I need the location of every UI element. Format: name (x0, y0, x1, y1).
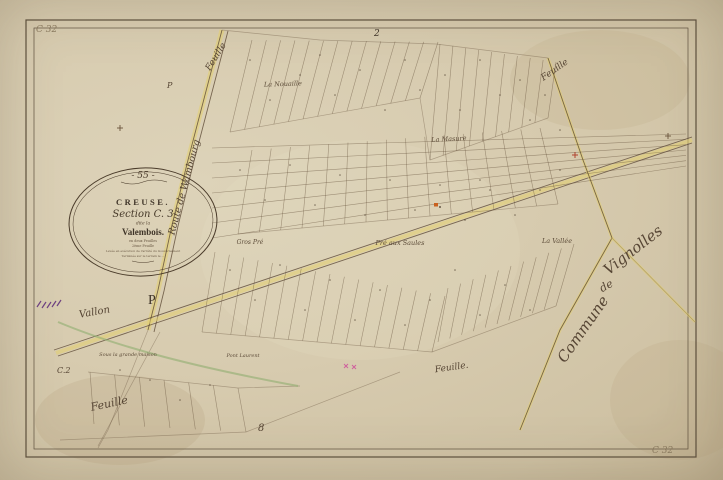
label-feuille-center: Feuille. (433, 361, 469, 376)
parcel-dot (464, 219, 466, 221)
cartouche-subline-3: Levée en exécution de l'arrêté du Gouver… (106, 248, 181, 253)
parcel-dot (529, 309, 531, 311)
parcel-dot (319, 54, 321, 56)
parcel-dot (404, 324, 406, 326)
cartouche-dite: dite la (136, 221, 151, 227)
cadastral-map-scan: - 55 - CREUSE. Section C. 3 dite la Vale… (0, 0, 723, 480)
parcel-dot (254, 299, 256, 301)
parcel-dot (559, 129, 561, 131)
parcel-line (502, 131, 516, 208)
parcel-dot (249, 59, 251, 61)
cartouche-name: Valembois. (122, 227, 164, 237)
label-gros-pre: Gros Pré (237, 239, 264, 246)
parcel-dot (379, 289, 381, 291)
label-vallon: Vallon (78, 304, 111, 320)
parcel-dot (559, 169, 561, 171)
cartouche-flourish-bottom (132, 261, 154, 263)
cartouche-subline-2: 2ème Feuille (132, 244, 154, 248)
parcel-dot (504, 284, 506, 286)
parcel-dot (404, 59, 406, 61)
parcel-dot (299, 74, 301, 76)
pink-x-marks (344, 364, 356, 369)
purple-hatched-building (37, 300, 61, 308)
label-la-vallee: La Vallée (541, 237, 572, 245)
parcel-dot (429, 299, 431, 301)
parcel-dot (514, 214, 516, 216)
parcel-dot (339, 174, 341, 176)
parcel-dot (544, 94, 546, 96)
parcel-line (405, 42, 423, 101)
parcel-line (540, 128, 558, 204)
parcel-line (469, 50, 478, 146)
parcel-dot (479, 314, 481, 316)
cartouche-section: Section C. 3 (112, 209, 173, 220)
parcel-dot (229, 269, 231, 271)
parcel-dot (179, 399, 181, 401)
parcel-line (238, 388, 246, 432)
parcel-line (482, 52, 491, 141)
parcel-dot (364, 214, 366, 216)
boundary-top (222, 30, 548, 58)
label-pont-laurent: Pont Laurent (225, 353, 260, 359)
parcel-dot (334, 94, 336, 96)
parcel-dot (479, 59, 481, 61)
label-de: de (597, 277, 616, 295)
building-dot (439, 206, 441, 208)
label-mark-2: 2 (373, 29, 380, 39)
parcel-dot (539, 189, 541, 191)
cartouche-department: CREUSE. (116, 197, 170, 207)
parcel-dot (119, 369, 121, 371)
parcel-dot (359, 69, 361, 71)
parcel-dot (489, 189, 491, 191)
parcel-dot (304, 309, 306, 311)
parcel-line (213, 385, 220, 430)
map-svg: - 55 - CREUSE. Section C. 3 dite la Vale… (0, 0, 723, 480)
parcel-dot (459, 109, 461, 111)
label-commune: Commune (553, 292, 612, 366)
parcel-line (556, 244, 574, 306)
parcel-dot (329, 279, 331, 281)
parcel-dot (269, 99, 271, 101)
cartouche-page-number: - 55 - (131, 171, 154, 181)
parcel-dot (519, 79, 521, 81)
cartouche: - 55 - CREUSE. Section C. 3 dite la Vale… (66, 164, 219, 280)
parcel-dot (149, 379, 151, 381)
parcel-dot (384, 109, 386, 111)
parcel-dot (439, 184, 441, 186)
parcel-dot (389, 179, 391, 181)
cartouche-subline-4: Terminée sur le terrain le ... (122, 254, 165, 258)
parcel-line (362, 41, 381, 108)
label-route: Route de Wambourg (166, 138, 202, 237)
parcel-line (544, 248, 561, 309)
parcel-line (391, 42, 410, 104)
parcel-dot (419, 89, 421, 91)
label-c2: C.2 (57, 366, 70, 375)
label-pre-aux-saules: Pré aux Saules (375, 239, 426, 247)
parcel-dot (239, 169, 241, 171)
parcel-dot (354, 319, 356, 321)
parcel-dot (209, 384, 211, 386)
label-la-nouaille: La Nouaille (263, 79, 302, 88)
parcel-dot (529, 119, 531, 121)
parcel-dot (279, 264, 281, 266)
parcel-dot (499, 94, 501, 96)
label-sous-la-grande-maison: Sous la grande maison (99, 352, 157, 358)
cartouche-subline-1: en deux Feuilles (129, 239, 157, 243)
label-p-small: P (166, 81, 173, 90)
parcel-dot (314, 204, 316, 206)
parcel-line (376, 42, 395, 106)
label-mark-8: 8 (258, 423, 264, 434)
orange-building-dot (434, 203, 438, 207)
corner-mark-top-left: C 32 (36, 25, 57, 35)
parcel-dot (454, 269, 456, 271)
parcel-line (420, 42, 438, 98)
parcel-dot (264, 199, 266, 201)
label-la-masure: La Masure (430, 134, 467, 144)
parcel-line (230, 40, 252, 132)
corner-mark-bottom-right: C 32 (652, 446, 673, 456)
parcel-dot (479, 179, 481, 181)
label-p-large: P (148, 293, 156, 308)
parcel-dot (414, 209, 416, 211)
parcel-dot (444, 74, 446, 76)
parcel-dot (289, 164, 291, 166)
